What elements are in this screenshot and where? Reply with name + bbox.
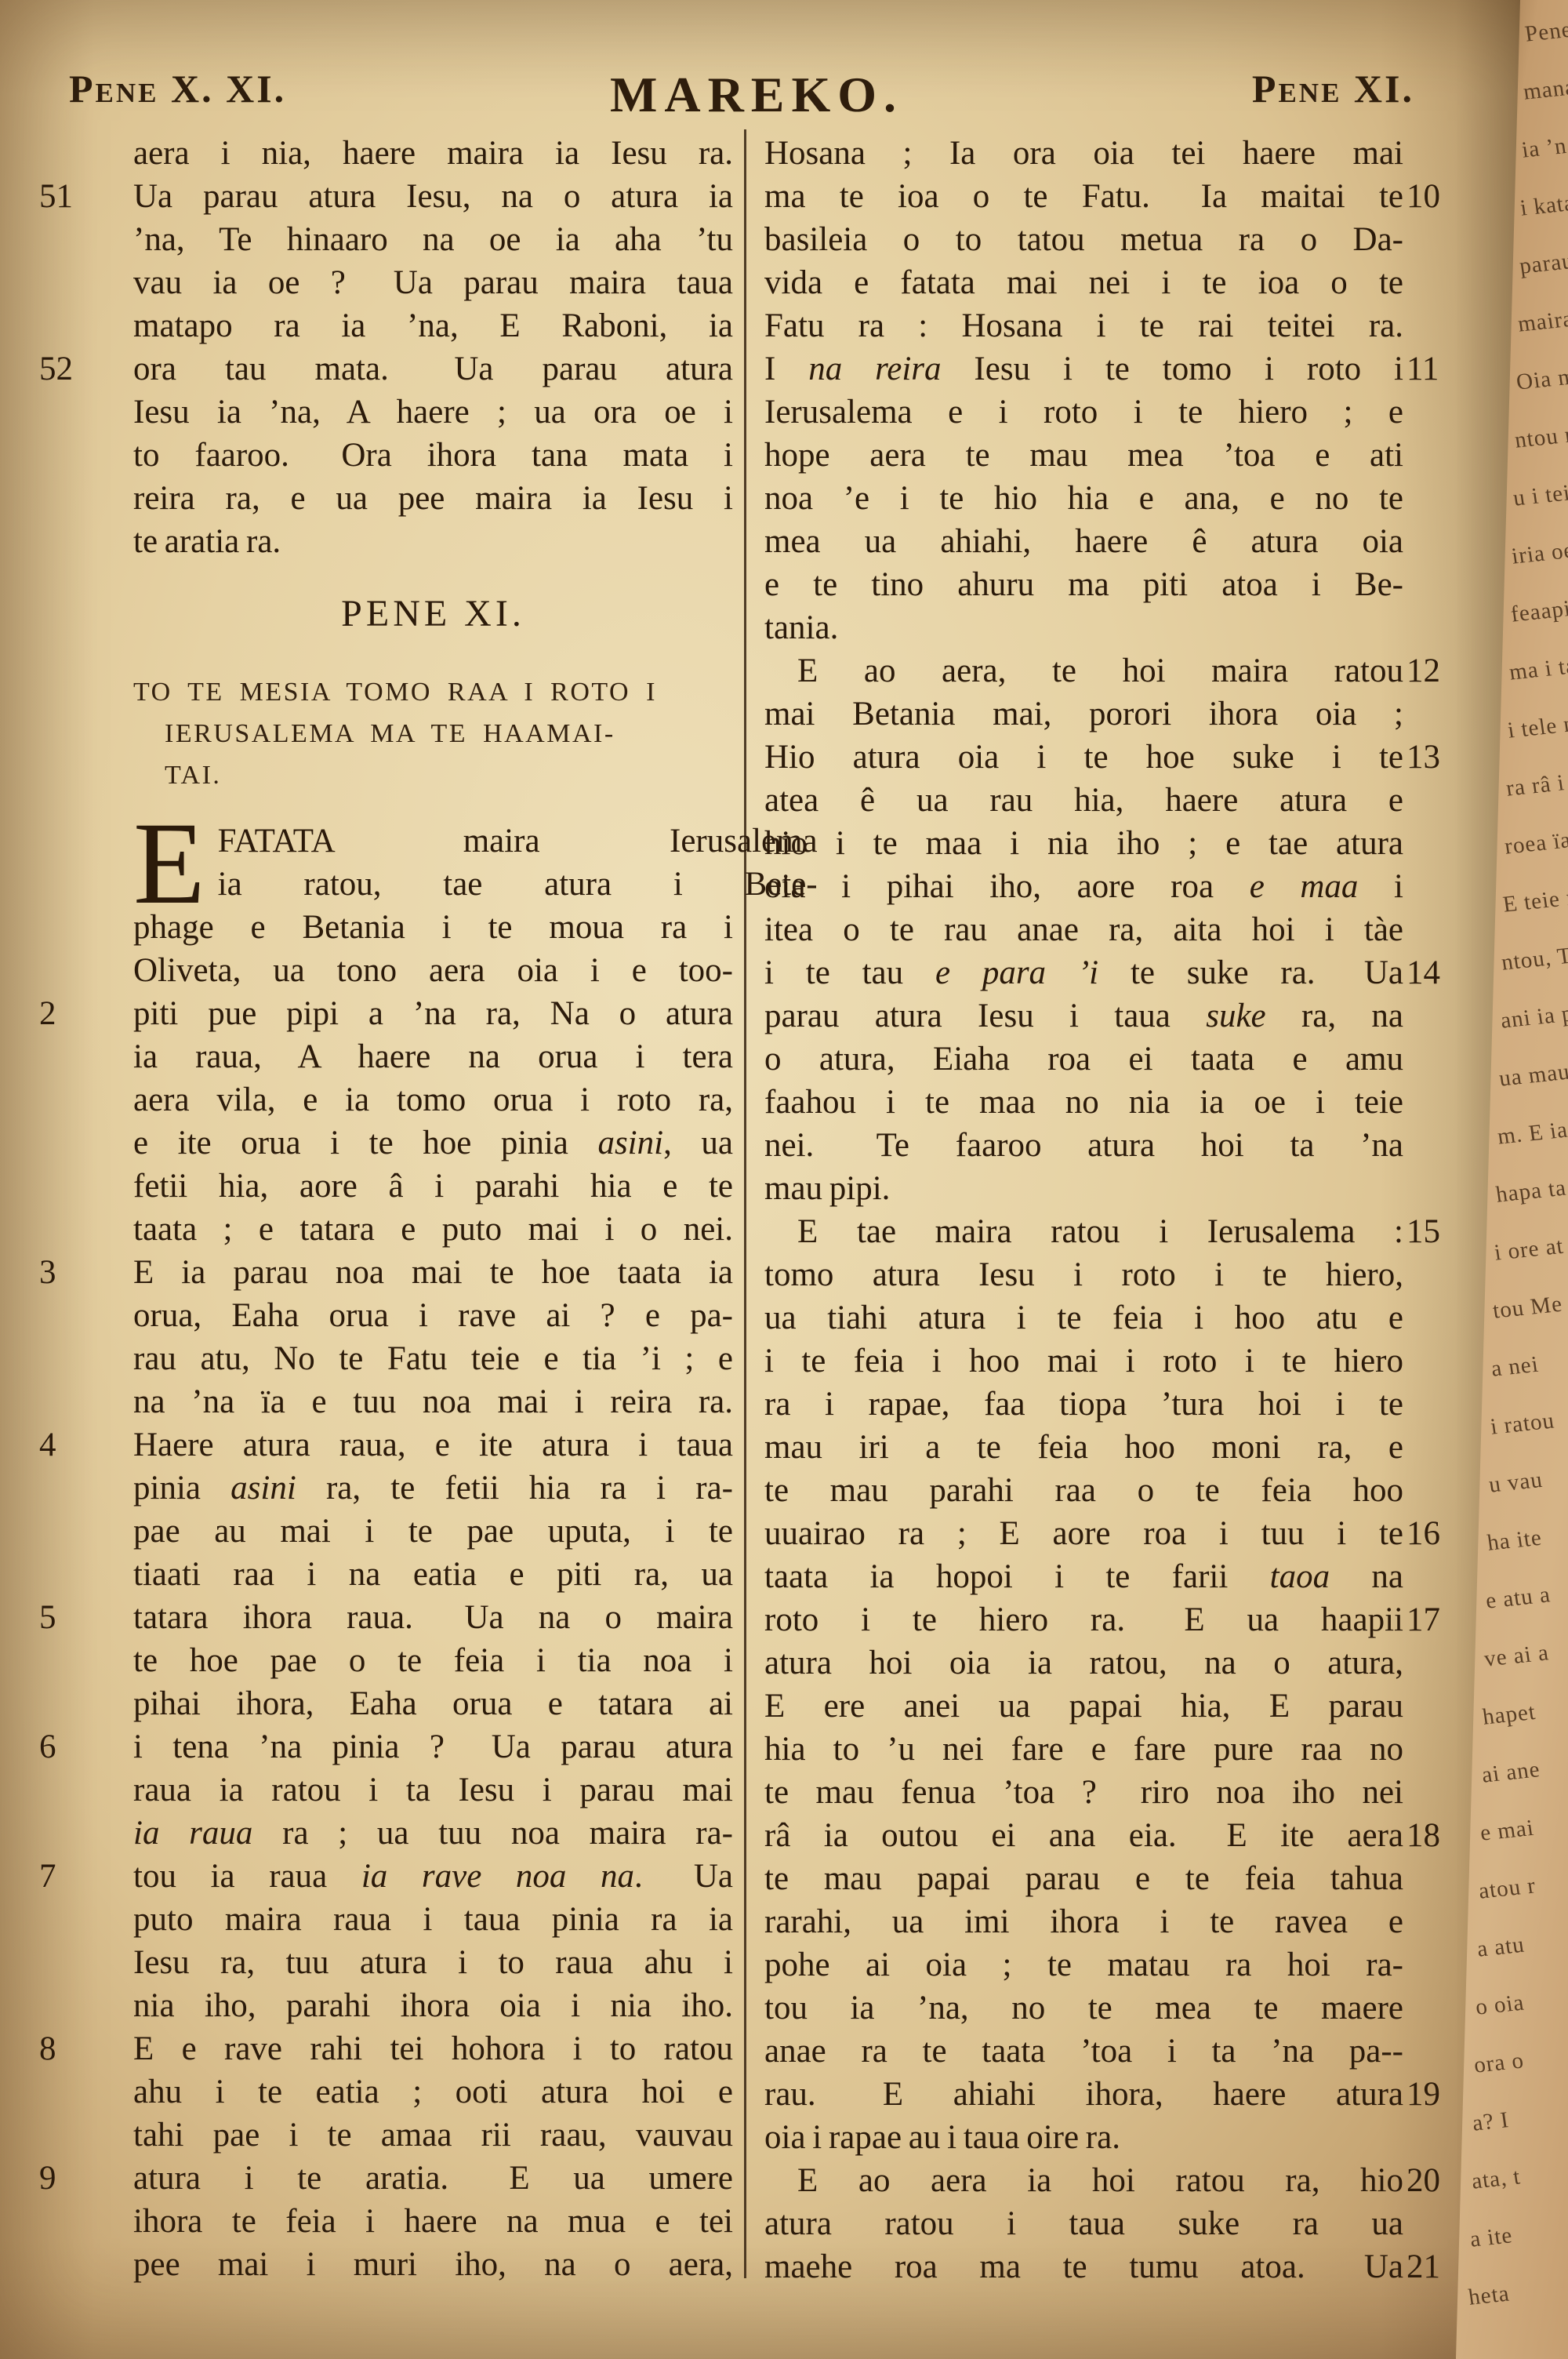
line-text: Iesu ia ’na, A haere ; ua ora oe i	[133, 391, 733, 434]
text-line: 52ora tau mata. Ua parau atura	[133, 347, 733, 391]
line-text: tou ia raua ia rave noa na. Ua	[133, 1855, 733, 1898]
verse-number: 6	[39, 1725, 107, 1768]
text-line: tou ia ’na, no te mea te maere	[764, 1986, 1403, 2030]
curl-text-fragment: ntou nei	[1513, 420, 1568, 453]
text-line: tahi pae i te amaa rii raau, vauvau	[133, 2114, 733, 2157]
left-pre-lines: aera i nia, haere maira ia Iesu ra.51Ua …	[133, 132, 733, 563]
text-line: Hosana ; Ia ora oia tei haere mai	[764, 132, 1403, 175]
curl-text-fragment: hapa ta	[1494, 1176, 1568, 1209]
line-text: oia i rapae au i taua oire ra.	[764, 2116, 1403, 2159]
line-text: mau iri a te feia hoo moni ra, e	[764, 1426, 1403, 1469]
line-text: mea ua ahiahi, haere ê atura oia	[764, 520, 1403, 563]
line-text: E e rave rahi tei hohora i to ratou	[133, 2027, 733, 2070]
text-line: ra i rapae, faa tiopa ’tura hoi i te	[764, 1383, 1403, 1426]
line-text: orua, Eaha orua i rave ai ? e pa-	[133, 1294, 733, 1337]
curl-text-fragment: ua mau	[1497, 1060, 1568, 1092]
text-line: basileia o to tatou metua ra o Da-	[764, 218, 1403, 261]
page-curl: Pene XI.manao aia ’na, Ei kataraparau mm…	[1454, 0, 1568, 2359]
line-text: noa ’e i te hio hia e ana, e no te	[764, 477, 1403, 520]
line-text: aera i nia, haere maira ia Iesu ra.	[133, 132, 733, 175]
text-line: e te tino ahuru ma piti atoa i Be-	[764, 563, 1403, 606]
verse-number: 52	[39, 347, 107, 391]
line-text: ma te ioa o te Fatu. Ia maitai te	[764, 175, 1403, 218]
line-text: itea o te rau anae ra, aita hoi i tàe	[764, 908, 1403, 951]
curl-text-fragment: ra râ i ta	[1504, 768, 1568, 802]
line-text: atura ratou i taua suke ra ua	[764, 2202, 1403, 2245]
curl-text-fragment: ata, t	[1470, 2164, 1523, 2194]
curl-text-fragment: ia ’na, E	[1520, 129, 1568, 164]
text-line: pohe ai oia ; te matau ra hoi ra-	[764, 1943, 1403, 1986]
line-text: reira ra, e ua pee maira ia Iesu i	[133, 477, 733, 520]
right-column: Hosana ; Ia ora oia tei haere mai10ma te…	[764, 132, 1403, 2288]
line-text: ihora te feia i haere na mua e tei	[133, 2200, 733, 2243]
line-text: puto maira raua i taua pinia ra ia	[133, 1898, 733, 1941]
text-line: atura hoi oia ia ratou, na o atura,	[764, 1641, 1403, 1685]
line-text: oia i pihai iho, aore roa e maa i	[764, 865, 1403, 908]
verse-number: 9	[39, 2157, 107, 2200]
curl-text-fragment: maira, Ei	[1516, 303, 1568, 338]
line-text: tatara ihora raua. Ua na o maira	[133, 1596, 733, 1639]
text-line: o atura, Eiaha roa ei taata e amu	[764, 1038, 1403, 1081]
text-line: aera i nia, haere maira ia Iesu ra.	[133, 132, 733, 175]
line-text: tomo atura Iesu i roto i te hiero,	[764, 1253, 1403, 1296]
text-line: raua ia ratou i ta Iesu i parau mai	[133, 1768, 733, 1812]
line-text: matapo ra ia ’na, E Raboni, ia	[133, 304, 733, 347]
line-text: phage e Betania i te moua ra i	[133, 906, 733, 949]
line-text: mau pipi.	[764, 1167, 1403, 1210]
curl-text-fragment: i tele ne	[1506, 710, 1568, 743]
text-line: te hoe pae o te feia i tia noa i	[133, 1639, 733, 1682]
line-text: raua ia ratou i ta Iesu i parau mai	[133, 1768, 733, 1812]
curl-text-fragment: ha ite	[1486, 1525, 1544, 1557]
curl-text-fragment: ve ai a	[1483, 1640, 1551, 1672]
curl-text-fragment: Pene XI.	[1523, 13, 1568, 48]
left-column: aera i nia, haere maira ia Iesu ra.51Ua …	[133, 132, 733, 2286]
line-text: uuairao ra ; E aore roa i tuu i te	[764, 1512, 1403, 1555]
curl-text-fragment: i ore at	[1493, 1234, 1566, 1267]
line-text: atura i te aratia. E ua umere	[133, 2157, 733, 2200]
verse-number: 8	[39, 2027, 107, 2070]
text-line: orua, Eaha orua i rave ai ? e pa-	[133, 1294, 733, 1337]
line-text: roto i te hiero ra. E ua haapii	[764, 1598, 1403, 1641]
line-text: hio i te maa i nia iho ; e tae atura	[764, 822, 1403, 865]
text-line: parau atura Iesu i taua suke ra, na	[764, 994, 1403, 1038]
verse-number: 10	[1406, 175, 1465, 218]
text-line: 12E ao aera, te hoi maira ratou	[764, 649, 1403, 692]
curl-text-fragment: hapet	[1481, 1699, 1537, 1731]
text-line: 8E e rave rahi tei hohora i to ratou	[133, 2027, 733, 2070]
line-text: i te tau e para ’i te suke ra. Ua	[764, 951, 1403, 994]
verse-number: 13	[1406, 736, 1465, 779]
verse-number: 3	[39, 1251, 107, 1294]
text-line: 2piti pue pipi a ’na ra, Na o atura	[133, 992, 733, 1035]
text-line: te mau parahi raa o te feia hoo	[764, 1469, 1403, 1512]
text-line: hia to ’u nei fare e fare pure raa no	[764, 1728, 1403, 1771]
text-line: te aratia ra.	[133, 520, 733, 563]
text-line: 14i te tau e para ’i te suke ra. Ua	[764, 951, 1403, 994]
curl-text-fragment: i katara	[1519, 188, 1568, 222]
text-line: 21maehe roa ma te tumu atoa. Ua	[764, 2245, 1403, 2288]
line-text: ia ratou, tae atura i Bete-	[218, 863, 818, 906]
text-line: oia i rapae au i taua oire ra.	[764, 2116, 1403, 2159]
verse-number: 4	[39, 1423, 107, 1467]
line-text: na ’na ïa e tuu noa mai i reira ra.	[133, 1380, 733, 1423]
line-text: aera vila, e ia tomo orua i roto ra,	[133, 1078, 733, 1121]
text-line: noa ’e i te hio hia e ana, e no te	[764, 477, 1403, 520]
text-line: 3E ia parau noa mai te hoe taata ia	[133, 1251, 733, 1294]
text-line: pihai ihora, Eaha orua e tatara ai	[133, 1682, 733, 1725]
text-line: 18râ ia outou ei ana eia. E ite aera	[764, 1814, 1403, 1857]
curl-text-fragment: m. E ia	[1496, 1118, 1568, 1150]
curl-text-fragment: parau m	[1518, 245, 1568, 279]
text-line: te mau papai parau e te feia tahua	[764, 1857, 1403, 1900]
text-line: e ite orua i te hoe pinia asini, ua	[133, 1121, 733, 1165]
curl-text-fragment: i ratou	[1489, 1408, 1556, 1440]
text-line: 7tou ia raua ia rave noa na. Ua	[133, 1855, 733, 1898]
text-line: 11I na reira Iesu i te tomo i roto i	[764, 347, 1403, 391]
section-heading: TO TE MESIA TOMO RAA I ROTO IIERUSALEMA …	[133, 671, 733, 796]
line-text: te mau papai parau e te feia tahua	[764, 1857, 1403, 1900]
curl-text-fragment: manao a	[1522, 71, 1568, 106]
text-line: rau atu, No te Fatu teie e tia ’i ; e	[133, 1337, 733, 1380]
text-line: mea ua ahiahi, haere ê atura oia	[764, 520, 1403, 563]
line-text: hia to ’u nei fare e fare pure raa no	[764, 1728, 1403, 1771]
line-text: Ierusalema e i roto i te hiero ; e	[764, 391, 1403, 434]
curl-text-fragment: ma i ta	[1508, 653, 1568, 686]
curl-text-fragment: a? I	[1471, 2107, 1511, 2137]
curl-text-fragment: E teie ne	[1501, 883, 1568, 918]
curl-text-fragment: e atu a	[1484, 1582, 1552, 1614]
verse-number: 17	[1406, 1598, 1465, 1641]
line-text: vau ia oe ? Ua parau maira taua	[133, 261, 733, 304]
text-line: ia ratou, tae atura i Bete-	[133, 863, 733, 906]
text-line: taata ; e tatara e puto mai i o nei.	[133, 1208, 733, 1251]
text-line: 9atura i te aratia. E ua umere	[133, 2157, 733, 2200]
column-divider	[744, 129, 746, 2278]
text-line: Iesu ra, tuu atura i to raua ahu i	[133, 1941, 733, 1984]
line-text: taata ; e tatara e puto mai i o nei.	[133, 1208, 733, 1251]
curl-text-fragment: o oia	[1474, 1990, 1526, 2020]
text-line: Fatu ra : Hosana i te rai teitei ra.	[764, 304, 1403, 347]
text-line: atea ê ua rau hia, haere atura e	[764, 779, 1403, 822]
text-line: Oliveta, ua tono aera oia i e too-	[133, 949, 733, 992]
line-text: ahu i te eatia ; ooti atura hoi e	[133, 2070, 733, 2114]
line-text: ’na, Te hinaaro na oe ia aha ’tu	[133, 218, 733, 261]
line-text: ora tau mata. Ua parau atura	[133, 347, 733, 391]
text-line: rarahi, ua imi ihora i te ravea e	[764, 1900, 1403, 1943]
line-text: ia raua ra ; ua tuu noa maira ra-	[133, 1812, 733, 1855]
line-text: pee mai i muri iho, na o aera,	[133, 2243, 733, 2286]
line-text: E ao aera ia hoi ratou ra, hio	[764, 2159, 1403, 2202]
line-text: E ao aera, te hoi maira ratou	[764, 649, 1403, 692]
text-line: ua tiahi atura i te feia i hoo atu e	[764, 1296, 1403, 1339]
line-text: to faaroo. Ora ihora tana mata i	[133, 434, 733, 477]
line-text: pihai ihora, Eaha orua e tatara ai	[133, 1682, 733, 1725]
line-text: Iesu ra, tuu atura i to raua ahu i	[133, 1941, 733, 1984]
line-text: ua tiahi atura i te feia i hoo atu e	[764, 1296, 1403, 1339]
verse-number: 18	[1406, 1814, 1465, 1857]
line-text: rarahi, ua imi ihora i te ravea e	[764, 1900, 1403, 1943]
text-line: hope aera te mau mea ’toa e ati	[764, 434, 1403, 477]
curl-text-fragment: a atu	[1475, 1932, 1526, 1963]
text-line: puto maira raua i taua pinia ra ia	[133, 1898, 733, 1941]
chapter-heading: PENE XI.	[133, 591, 733, 637]
text-line: FATATA maira Ierusalema	[133, 820, 733, 863]
line-text: Hio atura oia i te hoe suke i te	[764, 736, 1403, 779]
verse-number: 16	[1406, 1512, 1465, 1555]
text-line: na ’na ïa e tuu noa mai i reira ra.	[133, 1380, 733, 1423]
curl-text-fragment: ai ane	[1480, 1757, 1542, 1788]
curl-text-fragment: atou r	[1477, 1873, 1537, 1904]
line-text: te aratia ra.	[133, 520, 733, 563]
line-text: vida e fatata mai nei i te ioa o te	[764, 261, 1403, 304]
line-text: tahi pae i te amaa rii raau, vauvau	[133, 2114, 733, 2157]
line-text: e te tino ahuru ma piti atoa i Be-	[764, 563, 1403, 606]
text-line: Ierusalema e i roto i te hiero ; e	[764, 391, 1403, 434]
text-line: nia iho, parahi ihora oia i nia iho.	[133, 1984, 733, 2027]
verse-number: 5	[39, 1596, 107, 1639]
curl-text-fragment: roea ïa	[1503, 827, 1568, 860]
curl-text-fragment: a nei	[1490, 1352, 1541, 1383]
text-line: tomo atura Iesu i roto i te hiero,	[764, 1253, 1403, 1296]
verse-number: 11	[1406, 347, 1465, 391]
line-text: pinia asini ra, te fetii hia ra i ra-	[133, 1467, 733, 1510]
line-text: tania.	[764, 606, 1403, 649]
text-line: reira ra, e ua pee maira ia Iesu i	[133, 477, 733, 520]
text-line: 5tatara ihora raua. Ua na o maira	[133, 1596, 733, 1639]
line-text: o atura, Eiaha roa ei taata e amu	[764, 1038, 1403, 1081]
text-line: aera vila, e ia tomo orua i roto ra,	[133, 1078, 733, 1121]
text-line: 20E ao aera ia hoi ratou ra, hio	[764, 2159, 1403, 2202]
line-text: mai Betania mai, porori ihora oia ;	[764, 692, 1403, 736]
text-line: ia raua, A haere na orua i tera	[133, 1035, 733, 1078]
line-text: FATATA maira Ierusalema	[218, 820, 818, 863]
line-text: e ite orua i te hoe pinia asini, ua	[133, 1121, 733, 1165]
text-line: 6i tena ’na pinia ? Ua parau atura	[133, 1725, 733, 1768]
text-line: faahou i te maa no nia ia oe i teie	[764, 1081, 1403, 1124]
curl-text-fragment: ora o	[1472, 2048, 1526, 2078]
line-text: I na reira Iesu i te tomo i roto i	[764, 347, 1403, 391]
text-line: 10ma te ioa o te Fatu. Ia maitai te	[764, 175, 1403, 218]
text-line: anae ra te taata ’toa i ta ’na pa--	[764, 2030, 1403, 2073]
text-line: i te feia i hoo mai i roto i te hiero	[764, 1339, 1403, 1383]
line-text: te mau parahi raa o te feia hoo	[764, 1469, 1403, 1512]
text-line: vida e fatata mai nei i te ioa o te	[764, 261, 1403, 304]
text-line: itea o te rau anae ra, aita hoi i tàe	[764, 908, 1403, 951]
text-line: nei. Te faaroo atura hoi ta ’na	[764, 1124, 1403, 1167]
line-text: Oliveta, ua tono aera oia i e too-	[133, 949, 733, 992]
line-text: atea ê ua rau hia, haere atura e	[764, 779, 1403, 822]
verse-number: 14	[1406, 951, 1465, 994]
text-line: vau ia oe ? Ua parau maira taua	[133, 261, 733, 304]
text-line: mau pipi.	[764, 1167, 1403, 1210]
text-line: phage e Betania i te moua ra i	[133, 906, 733, 949]
text-line: mau iri a te feia hoo moni ra, e	[764, 1426, 1403, 1469]
text-line: 17roto i te hiero ra. E ua haapii	[764, 1598, 1403, 1641]
line-text: nia iho, parahi ihora oia i nia iho.	[133, 1984, 733, 2027]
line-text: atura hoi oia ia ratou, na o atura,	[764, 1641, 1403, 1685]
line-text: i te feia i hoo mai i roto i te hiero	[764, 1339, 1403, 1383]
curl-text-fragment: u vau	[1487, 1467, 1544, 1499]
line-text: ra i rapae, faa tiopa ’tura hoi i te	[764, 1383, 1403, 1426]
text-line: mai Betania mai, porori ihora oia ;	[764, 692, 1403, 736]
curl-text-fragment: u i teie	[1512, 479, 1568, 512]
text-line: 13Hio atura oia i te hoe suke i te	[764, 736, 1403, 779]
curl-text-fragment: e mai	[1479, 1816, 1536, 1847]
verse-number: 20	[1406, 2159, 1465, 2202]
text-line: ahu i te eatia ; ooti atura hoi e	[133, 2070, 733, 2114]
line-text: piti pue pipi a ’na ra, Na o atura	[133, 992, 733, 1035]
line-text: ia raua, A haere na orua i tera	[133, 1035, 733, 1078]
text-line: matapo ra ia ’na, E Raboni, ia	[133, 304, 733, 347]
line-text: pohe ai oia ; te matau ra hoi ra-	[764, 1943, 1403, 1986]
line-text: te hoe pae o te feia i tia noa i	[133, 1639, 733, 1682]
line-text: pae au mai i te pae uputa, i te	[133, 1510, 733, 1553]
curl-text-fragment: a ite	[1468, 2223, 1514, 2252]
curl-text-fragment: ntou, Te	[1500, 942, 1568, 976]
text-line: ia raua ra ; ua tuu noa maira ra-	[133, 1812, 733, 1855]
section-heading-line: IERUSALEMA MA TE HAAMAI-	[133, 713, 733, 754]
line-text: maehe roa ma te tumu atoa. Ua	[764, 2245, 1403, 2288]
line-text: faahou i te maa no nia ia oe i teie	[764, 1081, 1403, 1124]
text-line: ihora te feia i haere na mua e tei	[133, 2200, 733, 2243]
line-text: tou ia ’na, no te mea te maere	[764, 1986, 1403, 2030]
text-line: te mau fenua ’toa ? riro noa iho nei	[764, 1771, 1403, 1814]
curl-text-fragment: ani ia p	[1499, 1001, 1568, 1034]
line-text: hope aera te mau mea ’toa e ati	[764, 434, 1403, 477]
line-text: te mau fenua ’toa ? riro noa iho nei	[764, 1771, 1403, 1814]
line-text: taata ia hopoi i te farii taoa na	[764, 1555, 1403, 1598]
verse-number: 15	[1406, 1210, 1465, 1253]
line-text: rau atu, No te Fatu teie e tia ’i ; e	[133, 1337, 733, 1380]
curl-text-fragment: iria oe i	[1510, 536, 1568, 570]
line-text: rau. E ahiahi ihora, haere atura	[764, 2073, 1403, 2116]
text-line: E ere anei ua papai hia, E parau	[764, 1685, 1403, 1728]
line-text: E ia parau noa mai te hoe taata ia	[133, 1251, 733, 1294]
text-line: 16uuairao ra ; E aore roa i tuu i te	[764, 1512, 1403, 1555]
verse-number: 2	[39, 992, 107, 1035]
line-text: fetii hia, aore â i parahi hia e te	[133, 1165, 733, 1208]
line-text: râ ia outou ei ana eia. E ite aera	[764, 1814, 1403, 1857]
verse-number: 12	[1406, 649, 1465, 692]
verse-number: 51	[39, 175, 107, 218]
text-line: 19rau. E ahiahi ihora, haere atura	[764, 2073, 1403, 2116]
text-line: Iesu ia ’na, A haere ; ua ora oe i	[133, 391, 733, 434]
section-heading-line: TAI.	[133, 754, 733, 796]
text-line: ’na, Te hinaaro na oe ia aha ’tu	[133, 218, 733, 261]
text-line: fetii hia, aore â i parahi hia e te	[133, 1165, 733, 1208]
line-text: i tena ’na pinia ? Ua parau atura	[133, 1725, 733, 1768]
text-line: atura ratou i taua suke ra ua	[764, 2202, 1403, 2245]
text-line: oia i pihai iho, aore roa e maa i	[764, 865, 1403, 908]
text-line: 4Haere atura raua, e ite atura i taua	[133, 1423, 733, 1467]
line-text: basileia o to tatou metua ra o Da-	[764, 218, 1403, 261]
line-text: tiaati raa i na eatia e piti ra, ua	[133, 1553, 733, 1596]
text-line: hio i te maa i nia iho ; e tae atura	[764, 822, 1403, 865]
line-text: E tae maira ratou i Ierusalema :	[764, 1210, 1403, 1253]
verse-number: 7	[39, 1855, 107, 1898]
text-line: 51Ua parau atura Iesu, na o atura ia	[133, 175, 733, 218]
curl-text-fragment: heta	[1467, 2281, 1512, 2311]
book-page: Pene X. XI. MAREKO. Pene XI. aera i nia,…	[0, 0, 1568, 2359]
curl-text-fragment: tou Me	[1491, 1292, 1564, 1325]
left-body-lines: E FATATA maira Ierusalemaia ratou, tae a…	[133, 820, 733, 2286]
text-line: pee mai i muri iho, na o aera,	[133, 2243, 733, 2286]
curl-text-fragment: feaapiti	[1509, 594, 1568, 628]
text-line: pinia asini ra, te fetii hia ra i ra-	[133, 1467, 733, 1510]
line-text: Ua parau atura Iesu, na o atura ia	[133, 175, 733, 218]
text-line: to faaroo. Ora ihora tana mata i	[133, 434, 733, 477]
verse-number: 21	[1406, 2245, 1465, 2288]
text-line: taata ia hopoi i te farii taoa na	[764, 1555, 1403, 1598]
running-head-right: Pene XI.	[1252, 66, 1414, 111]
line-text: nei. Te faaroo atura hoi ta ’na	[764, 1124, 1403, 1167]
section-heading-line: TO TE MESIA TOMO RAA I ROTO I	[133, 671, 733, 713]
verse-number: 19	[1406, 2073, 1465, 2116]
curl-text-fragment: Oia mau	[1515, 362, 1568, 396]
text-line: 15E tae maira ratou i Ierusalema :	[764, 1210, 1403, 1253]
text-line: pae au mai i te pae uputa, i te	[133, 1510, 733, 1553]
line-text: anae ra te taata ’toa i ta ’na pa--	[764, 2030, 1403, 2073]
line-text: E ere anei ua papai hia, E parau	[764, 1685, 1403, 1728]
line-text: Fatu ra : Hosana i te rai teitei ra.	[764, 304, 1403, 347]
line-text: parau atura Iesu i taua suke ra, na	[764, 994, 1403, 1038]
line-text: Hosana ; Ia ora oia tei haere mai	[764, 132, 1403, 175]
text-line: tania.	[764, 606, 1403, 649]
text-line: tiaati raa i na eatia e piti ra, ua	[133, 1553, 733, 1596]
line-text: Haere atura raua, e ite atura i taua	[133, 1423, 733, 1467]
